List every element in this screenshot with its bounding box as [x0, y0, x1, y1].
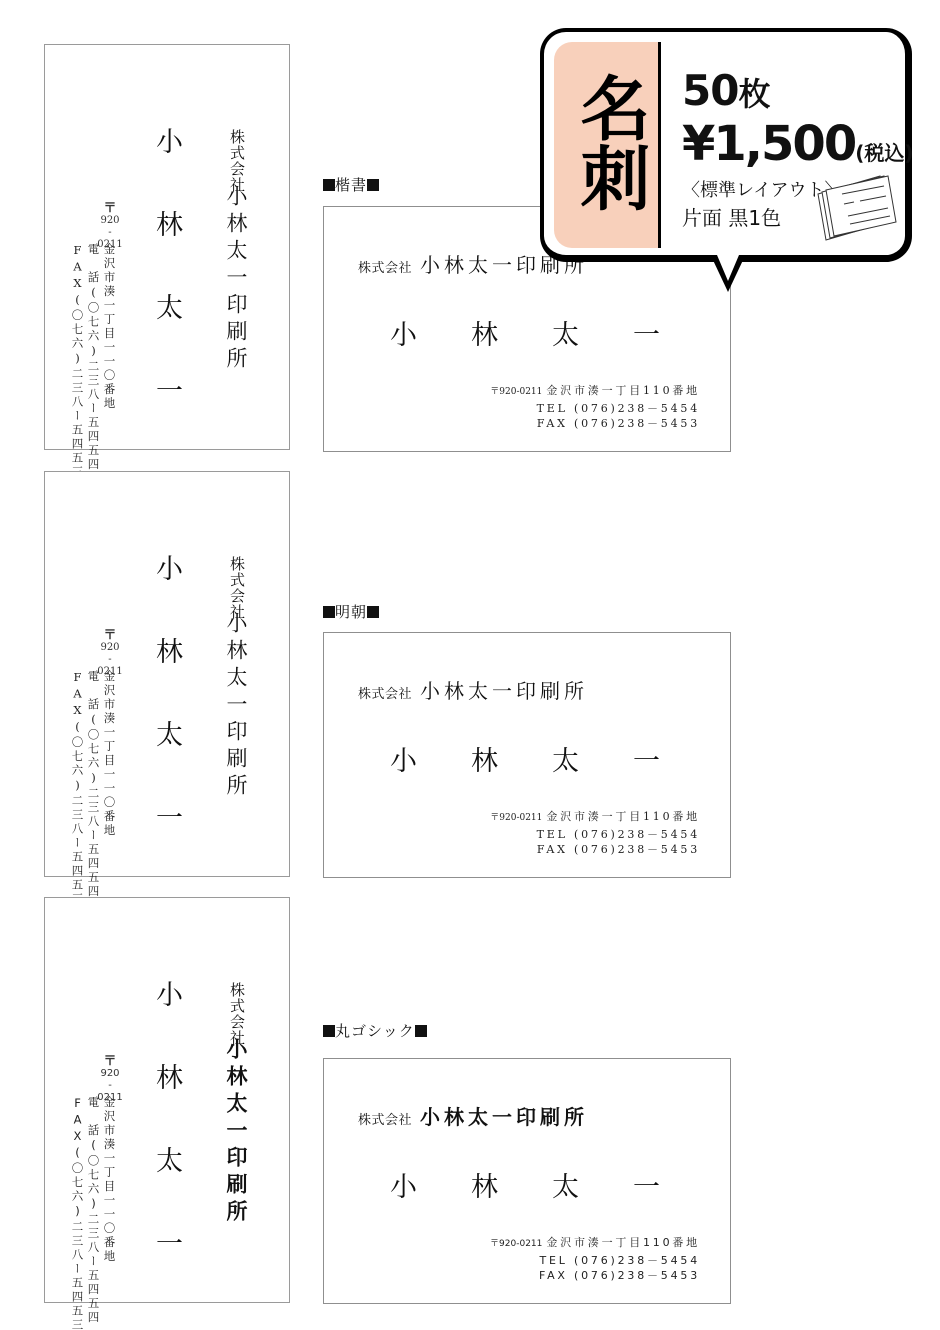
- fax: FAX(〇七六)二三八ー五四五三: [71, 1096, 83, 1330]
- phone: 電 話(〇七六)二三八ー五四五四: [87, 243, 99, 472]
- square-bullet-icon: [367, 179, 379, 191]
- promo-price: ¥1,500(税込): [682, 120, 914, 168]
- square-bullet-icon: [367, 606, 379, 618]
- phone: TEL (076)238－5454: [490, 1253, 700, 1269]
- square-bullet-icon: [323, 606, 335, 618]
- fax: FAX (076)238－5453: [490, 1268, 700, 1284]
- company-name: 小林太一印刷所: [225, 1038, 246, 1227]
- square-bullet-icon: [323, 179, 335, 191]
- style-label-kaisho: 楷書: [323, 174, 379, 195]
- speech-bubble-tail-fill: [717, 255, 739, 281]
- postal-mark-icon: 〒: [97, 630, 123, 642]
- horizontal-card-mincho: 株式会社小林太一印刷所 小林太一 〒920-0211金沢市湊一丁目110番地 T…: [323, 632, 731, 878]
- square-bullet-icon: [415, 1025, 427, 1037]
- person-name: 小林太一: [153, 127, 180, 459]
- vertical-card-mincho: 株式会社 小林太一印刷所 小林太一 〒 920- 0211 金沢市湊一丁目一一〇…: [44, 471, 290, 877]
- company-line: 株式会社小林太一印刷所: [358, 1101, 588, 1130]
- corp-type: 株式会社: [229, 556, 244, 620]
- company-name: 小林太一印刷所: [225, 612, 246, 801]
- fax: FAX (076)238－5453: [490, 842, 700, 858]
- company-name: 小林太一印刷所: [420, 1105, 588, 1129]
- print-spec: 片面 黒1色: [682, 208, 781, 228]
- phone: TEL (076)238－5454: [490, 401, 700, 417]
- tax-note: (税込): [855, 141, 913, 165]
- postal-code: 〒920-0211: [490, 1239, 542, 1249]
- postal-code: 〒920-0211: [490, 813, 542, 823]
- corp-type: 株式会社: [358, 687, 412, 702]
- fax: FAX (076)238－5453: [490, 416, 700, 432]
- address: 金沢市湊一丁目110番地: [546, 384, 700, 397]
- person-name: 小林太一: [153, 980, 180, 1312]
- fax: FAX(〇七六)二三八ー五四五三: [71, 243, 83, 480]
- phone: TEL (076)238－5454: [490, 827, 700, 843]
- address: 金沢市湊一丁目一一〇番地: [103, 1096, 115, 1264]
- person-name: 小林太一: [390, 313, 714, 352]
- company-name: 小林太一印刷所: [420, 679, 588, 703]
- square-bullet-icon: [323, 1025, 335, 1037]
- business-cards-icon: [814, 172, 904, 244]
- phone: 電 話(〇七六)二三八ー五四五四: [87, 670, 99, 899]
- postal-mark-icon: 〒: [97, 1056, 123, 1068]
- corp-type: 株式会社: [229, 982, 244, 1046]
- corp-type: 株式会社: [229, 129, 244, 193]
- person-name: 小林太一: [153, 554, 180, 886]
- person-name: 小林太一: [390, 1165, 714, 1204]
- postal-mark-icon: 〒: [97, 203, 123, 215]
- promo-speech-bubble: 名刺 50枚 ¥1,500(税込) 〈標準レイアウト〉 片面 黒1色: [540, 28, 912, 262]
- vertical-card-maru-gothic: 株式会社 小林太一印刷所 小林太一 〒 920- 0211 金沢市湊一丁目一一〇…: [44, 897, 290, 1303]
- postal-code: 〒920-0211: [490, 387, 542, 397]
- horizontal-card-maru-gothic: 株式会社小林太一印刷所 小林太一 〒920-0211金沢市湊一丁目110番地 T…: [323, 1058, 731, 1304]
- promo-title: 名刺: [572, 72, 648, 212]
- address: 金沢市湊一丁目110番地: [546, 1236, 700, 1249]
- contact-info: 〒920-0211金沢市湊一丁目110番地 TEL (076)238－5454 …: [490, 1235, 700, 1284]
- style-label-maru-gothic: 丸ゴシック: [323, 1020, 427, 1041]
- company-name: 小林太一印刷所: [225, 185, 246, 374]
- company-line: 株式会社小林太一印刷所: [358, 675, 588, 704]
- address: 金沢市湊一丁目110番地: [546, 810, 700, 823]
- address: 金沢市湊一丁目一一〇番地: [103, 243, 115, 411]
- contact-info: 〒920-0211金沢市湊一丁目110番地 TEL (076)238－5454 …: [490, 809, 700, 858]
- corp-type: 株式会社: [358, 1113, 412, 1128]
- style-label-mincho: 明朝: [323, 601, 379, 622]
- corp-type: 株式会社: [358, 261, 412, 276]
- promo-quantity: 50枚: [682, 70, 769, 112]
- person-name: 小林太一: [390, 739, 714, 778]
- fax: FAX(〇七六)二三八ー五四五三: [71, 670, 83, 907]
- vertical-card-kaisho: 株式会社 小林太一印刷所 小林太一 〒 920- 0211 金沢市湊一丁目一一〇…: [44, 44, 290, 450]
- phone: 電 話(〇七六)二三八ー五四五四: [87, 1096, 99, 1325]
- address: 金沢市湊一丁目一一〇番地: [103, 670, 115, 838]
- meishi-title-box: 名刺: [554, 42, 661, 248]
- contact-info: 〒920-0211金沢市湊一丁目110番地 TEL (076)238－5454 …: [490, 383, 700, 432]
